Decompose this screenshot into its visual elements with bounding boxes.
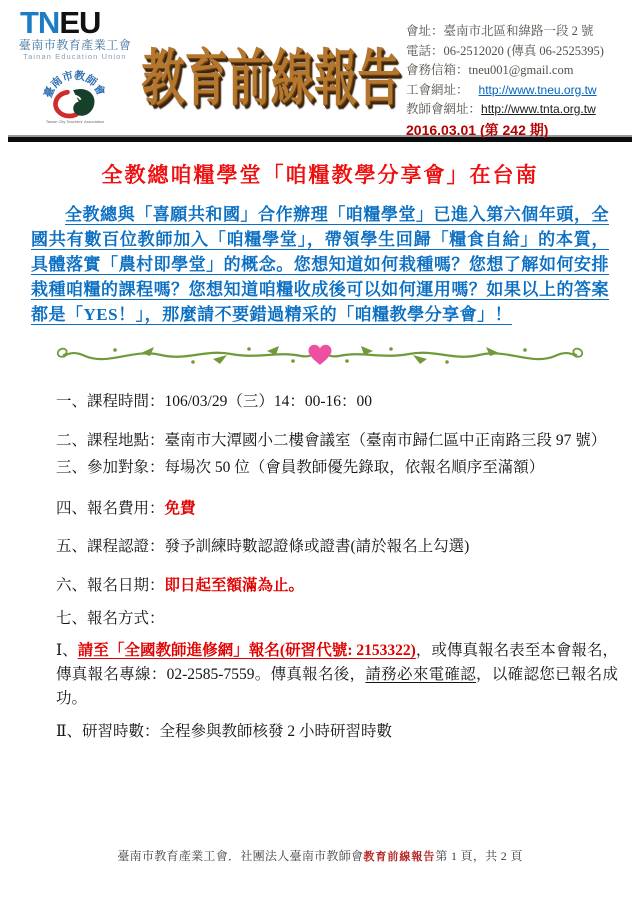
union-logo: TNEU 臺南市教育產業工會 Tainan Education Union 臺南…: [14, 8, 136, 131]
fee-highlight: 免費: [165, 500, 196, 517]
email-line: 會務信箱：tneu001@gmail.com: [406, 61, 640, 81]
union-site-label: 工會網址：: [406, 83, 469, 97]
contact-info: 會址：臺南市北區和緯路一段 2 號 電話：06-2512020 (傳真 06-2…: [406, 8, 640, 140]
seal-green-shape: [73, 89, 94, 116]
list-item-certification: 五、課程認證：發予訓練時數認證條或證書(請於報名上勾選): [56, 534, 618, 559]
assoc-site-link[interactable]: http://www.tnta.org.tw: [481, 102, 596, 116]
list-item-signup-date: 六、報名日期：即日起至額滿為止。: [56, 573, 618, 598]
list-item-participants: 三、參加對象：每場次 50 位（會員教師優先錄取，依報名順序至滿額）: [56, 455, 618, 480]
footer-report-name: 教育前線報告: [363, 851, 435, 863]
list-item-course-place: 二、課程地點：臺南市大潭國小二樓會議室（臺南市歸仁區中正南路三段 97 號）: [56, 428, 618, 453]
seal-en-text: Tainan City Teachers' Association: [46, 119, 104, 124]
phone-line: 電話：06-2512020 (傳真 06-2525395): [406, 42, 640, 62]
footer-page-info: 第 1 頁，共 2 頁: [435, 849, 522, 863]
study-hours-detail: Ⅱ、研習時數：全程參與教師核發 2 小時研習時數: [56, 720, 618, 744]
masthead-banner: 教育前線報告: [136, 8, 406, 136]
header: TNEU 臺南市教育產業工會 Tainan Education Union 臺南…: [0, 0, 640, 135]
tneu-wordmark: TNEU: [14, 8, 136, 38]
article-title: 全教總咱糧學堂「咱糧教學分享會」在台南: [0, 159, 640, 189]
tneu-tn: TN: [20, 5, 59, 40]
union-site-link[interactable]: http://www.tneu.org.tw: [479, 83, 597, 97]
signup-date-highlight: 即日起至額滿為止。: [165, 577, 305, 594]
page-footer: 臺南市教育產業工會．社團法人臺南市教師會教育前線報告第 1 頁，共 2 頁: [0, 847, 640, 864]
heart-icon: [309, 345, 332, 365]
teachers-association-seal-icon: 臺南市教師會 Tainan City Teachers' Association: [42, 64, 108, 126]
intro-paragraph: 全教總與「喜願共和國」合作辦理「咱糧學堂」已進入第六個年頭，全國共有數百位教師加…: [31, 202, 609, 327]
fee-label: 四、報名費用：: [56, 500, 165, 517]
list-item-course-time: 一、課程時間：106/03/29（三）14：00-16：00: [56, 389, 618, 414]
signup-date-label: 六、報名日期：: [56, 577, 165, 594]
masthead-title: 教育前線報告: [141, 28, 400, 116]
address-line: 會址：臺南市北區和緯路一段 2 號: [406, 22, 640, 42]
assoc-site-line: 教師會網址：http://www.tnta.org.tw: [406, 100, 640, 120]
signup-numeral: Ⅰ、: [56, 642, 78, 659]
signup-confirm-emphasis: 請務必來電確認: [365, 666, 476, 683]
union-name-en: Tainan Education Union: [14, 52, 136, 62]
signup-portal-link[interactable]: 請至「全國教師進修網」報名(研習代號: 2153322): [78, 642, 416, 659]
list-item-signup-method: 七、報名方式：: [56, 606, 618, 631]
details-list: 一、課程時間：106/03/29（三）14：00-16：00 二、課程地點：臺南…: [56, 389, 618, 744]
signup-method-detail: Ⅰ、請至「全國教師進修網」報名(研習代號: 2153322)，或傳真報名表至本會…: [56, 639, 618, 711]
article-body: 全教總咱糧學堂「咱糧教學分享會」在台南 全教總與「喜願共和國」合作辦理「咱糧學堂…: [0, 159, 640, 744]
union-site-line: 工會網址：http://www.tneu.org.tw: [406, 81, 640, 101]
newsletter-page: TNEU 臺南市教育產業工會 Tainan Education Union 臺南…: [0, 0, 640, 905]
list-item-fee: 四、報名費用：免費: [56, 496, 618, 521]
assoc-site-label: 教師會網址：: [406, 102, 481, 116]
issue-date: 2016.03.01 (第 242 期): [406, 121, 640, 141]
flourish-divider: [53, 343, 587, 369]
footer-org: 臺南市教育產業工會．社團法人臺南市教師會: [117, 849, 363, 863]
tneu-eu: EU: [59, 5, 100, 40]
union-name-zh: 臺南市教育產業工會: [14, 38, 136, 52]
